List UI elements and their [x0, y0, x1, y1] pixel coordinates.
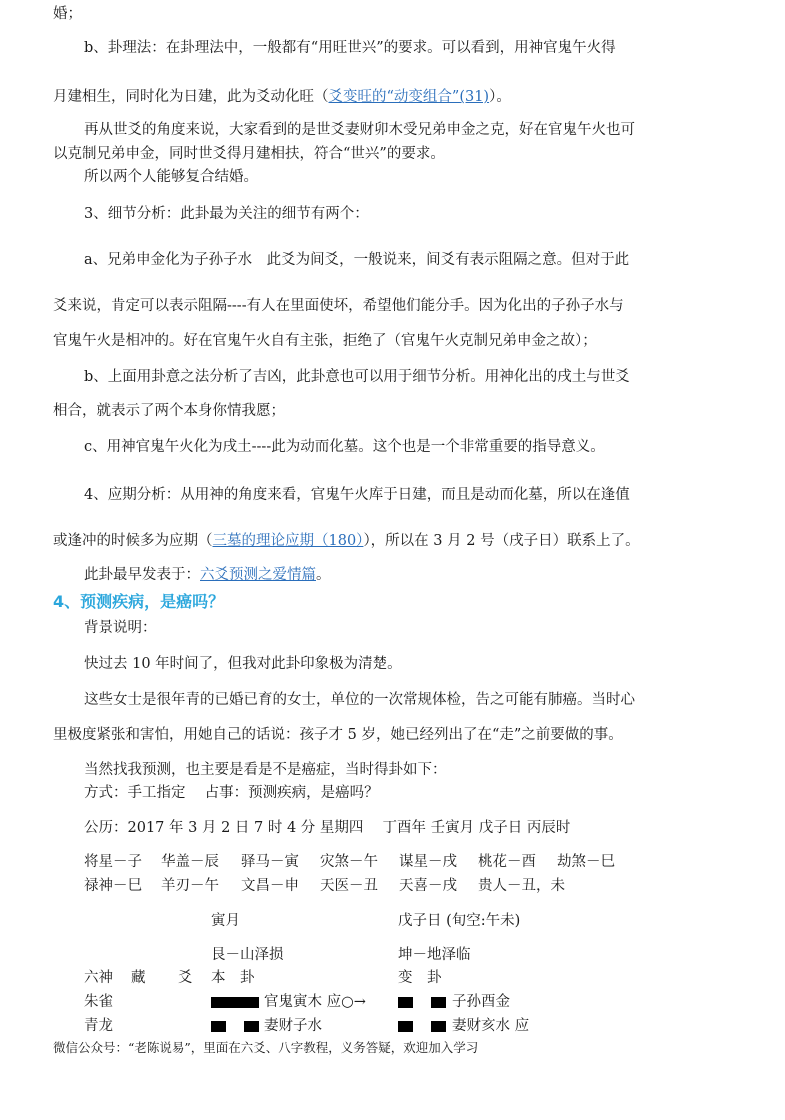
star-item: 将星－子	[84, 852, 142, 872]
star-item: 天喜－戌	[399, 876, 457, 896]
star-item: 谋星－戌	[399, 852, 457, 872]
star-item: 天医－丑	[320, 876, 378, 896]
paragraph: 4、应期分析：从用神的角度来看，官鬼午火库于日建，而且是动而化墓，所以在逢值	[84, 485, 630, 505]
liushen-label: 青龙	[84, 1016, 113, 1036]
paragraph: 相合，就表示了两个本身你情我愿；	[53, 401, 285, 421]
star-item: 桃花－酉	[478, 852, 536, 872]
text: 或逢冲的时候多为应期（	[53, 533, 213, 549]
header-liushen: 六神	[84, 968, 113, 988]
bian-yao-text: 妻财亥水 应	[452, 1016, 529, 1036]
text: 此卦最早发表于：	[84, 567, 200, 583]
header-yao: 爻	[178, 968, 193, 988]
paragraph: 方式：手工指定 占事：预测疾病，是癌吗？	[84, 783, 379, 803]
paragraph: 爻来说，肯定可以表示阻隔----有人在里面使坏，希望他们能分手。因为化出的子孙子…	[53, 296, 624, 316]
star-item: 灾煞－午	[320, 852, 378, 872]
yang-line-icon	[211, 997, 259, 1008]
star-item: 文昌－申	[241, 876, 299, 896]
ben-gua-name: 艮－山泽损	[211, 945, 284, 965]
link-sanmu-yingqi[interactable]: 三墓的理论应期（180）	[213, 533, 364, 549]
paragraph: 再从世爻的角度来说，大家看到的是世爻妻财卯木受兄弟申金之克，好在官鬼午火也可	[84, 120, 635, 140]
paragraph: 以克制兄弟申金，同时世爻得月建相扶，符合“世兴”的要求。	[53, 144, 445, 164]
header-cang: 藏	[131, 968, 146, 988]
star-item: 劫煞－巳	[557, 852, 615, 872]
day-label: 戊子日 (旬空:午未)	[398, 911, 520, 931]
date-line: 公历：2017 年 3 月 2 日 7 时 4 分 星期四 丁酉年 壬寅月 戊子…	[84, 818, 570, 838]
paragraph: 所以两个人能够复合结婚。	[84, 167, 258, 187]
section-heading: 4、预测疾病，是癌吗？	[53, 592, 224, 612]
header-bian-gua: 变 卦	[398, 968, 442, 988]
text: ）。	[489, 89, 511, 105]
paragraph: 里极度紧张和害怕，用她自己的话说：孩子才 5 岁，她已经列出了在“走”之前要做的…	[53, 725, 623, 745]
paragraph: 此卦最早发表于：六爻预测之爱情篇。	[84, 565, 331, 585]
star-item: 贵人－丑，未	[478, 876, 565, 896]
star-item: 驿马－寅	[241, 852, 299, 872]
header-ben-gua: 本 卦	[211, 968, 255, 988]
footer-note: 微信公众号：“老陈说易”，里面在六爻、八字教程，义务答疑，欢迎加入学习	[53, 1038, 478, 1058]
bian-gua-name: 坤－地泽临	[398, 945, 471, 965]
ben-yao-text: 官鬼寅木 应○→	[264, 992, 366, 1012]
paragraph: 或逢冲的时候多为应期（三墓的理论应期（180）），所以在 3 月 2 号（戌子日…	[53, 531, 640, 551]
liushen-label: 朱雀	[84, 992, 113, 1012]
link-dongbian-zuhe[interactable]: 爻变旺的“动变组合”(31)	[329, 89, 490, 105]
bian-yao-text: 子孙酉金	[452, 992, 510, 1012]
text: ），所以在 3 月 2 号（戌子日）联系上了。	[363, 533, 639, 549]
paragraph: b、上面用卦意之法分析了吉凶，此卦意也可以用于细节分析。用神化出的戌土与世爻	[84, 367, 630, 387]
star-item: 羊刃－午	[161, 876, 219, 896]
paragraph: 快过去 10 年时间了，但我对此卦印象极为清楚。	[84, 654, 402, 674]
month-label: 寅月	[211, 911, 240, 931]
paragraph: 背景说明：	[84, 618, 157, 638]
star-item: 华盖－辰	[161, 852, 219, 872]
paragraph: 婚；	[53, 4, 82, 24]
paragraph: 月建相生，同时化为日建，此为爻动化旺（爻变旺的“动变组合”(31)）。	[53, 87, 511, 107]
paragraph: b、卦理法：在卦理法中，一般都有“用旺世兴”的要求。可以看到，用神官鬼午火得	[84, 38, 616, 58]
yin-line-icon	[398, 1021, 446, 1032]
text: 。	[316, 567, 331, 583]
yin-line-icon	[398, 997, 446, 1008]
yin-line-icon	[211, 1021, 259, 1032]
ben-yao-text: 妻财子水	[264, 1016, 322, 1036]
paragraph: 官鬼午火是相冲的。好在官鬼午火自有主张，拒绝了（官鬼午火克制兄弟申金之故）；	[53, 331, 597, 351]
text: 月建相生，同时化为日建，此为爻动化旺（	[53, 89, 329, 105]
paragraph: 3、细节分析：此卦最为关注的细节有两个：	[84, 204, 369, 224]
paragraph: 这些女士是很年青的已婚已育的女士，单位的一次常规体检，告之可能有肺癌。当时心	[84, 690, 635, 710]
star-item: 禄神－巳	[84, 876, 142, 896]
link-aiqing-pian[interactable]: 六爻预测之爱情篇	[200, 567, 316, 583]
paragraph: a、兄弟申金化为子孙子水 此爻为间爻，一般说来，间爻有表示阻隔之意。但对于此	[84, 250, 629, 270]
paragraph: c、用神官鬼午火化为戌土----此为动而化墓。这个也是一个非常重要的指导意义。	[84, 437, 605, 457]
paragraph: 当然找我预测，也主要是看是不是癌症，当时得卦如下：	[84, 760, 447, 780]
